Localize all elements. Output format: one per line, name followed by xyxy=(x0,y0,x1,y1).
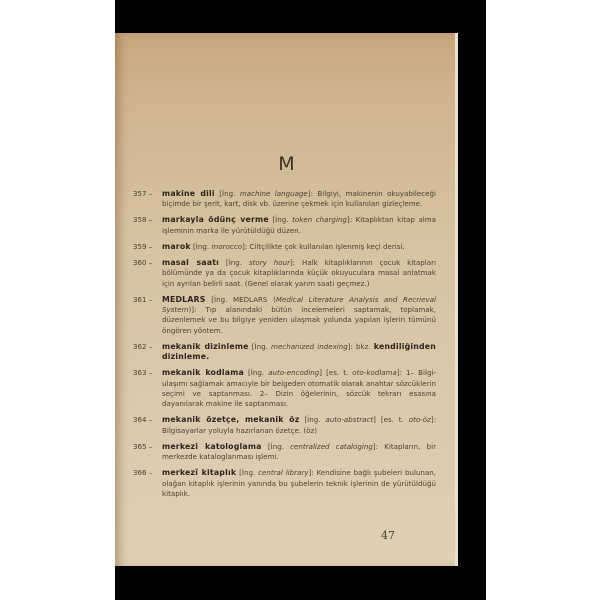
entry-term: marok xyxy=(162,242,191,251)
entry-text: [İng. xyxy=(269,215,292,224)
entry-number: 366 – xyxy=(133,468,152,478)
entry-text: [İng. xyxy=(236,468,258,477)
dictionary-entry: 360 –masal saatı [İng. story hour]: Halk… xyxy=(133,258,436,289)
page-number: 47 xyxy=(381,529,395,542)
entry-text: ] [es. t. xyxy=(319,368,352,377)
book-page: M 357 –makine dili [İng. machine languag… xyxy=(115,33,458,566)
entry-text: )]: Tıp alanındaki bütün incelemeleri sa… xyxy=(162,305,436,335)
entry-text: [İng. xyxy=(244,368,268,377)
dictionary-entries: 357 –makine dili [İng. machine language]… xyxy=(133,189,436,505)
dictionary-entry: 362 –mekanik dizinleme [İng. mechanized … xyxy=(133,342,436,363)
entry-text: [İng. xyxy=(299,415,325,424)
entry-text: [İng. xyxy=(215,189,240,198)
entry-english: story hour xyxy=(249,258,290,267)
entry-english: morocco xyxy=(211,242,242,251)
entry-text: [İng. xyxy=(191,242,212,251)
entry-english: centralized cataloging xyxy=(290,442,373,451)
entry-term: merkezî kitaplık xyxy=(162,468,236,477)
entry-number: 360 – xyxy=(133,258,152,268)
dictionary-entry: 361 –MEDLARS [İng. MEDLARS (Medical Lite… xyxy=(133,295,436,337)
entry-english: token charging xyxy=(292,215,347,224)
entry-number: 364 – xyxy=(133,415,152,425)
entry-suggested-term: oto-kodlama xyxy=(352,368,397,377)
entry-suggested-term: oto-öz xyxy=(409,415,431,424)
entry-english: mechanized indexing xyxy=(271,342,348,351)
entry-number: 362 – xyxy=(133,342,152,352)
entry-english: machine language xyxy=(240,189,308,198)
dictionary-entry: 359 –marok [İng. morocco]: Ciltçilikte ç… xyxy=(133,242,436,252)
dictionary-entry: 365 –merkezi katologlama [İng. centraliz… xyxy=(133,442,436,463)
entry-text: [İng. xyxy=(249,342,271,351)
entry-text: [İng. xyxy=(219,258,249,267)
entry-text: ]: Ciltçilikte çok kullanılan işlenmiş k… xyxy=(242,242,405,251)
entry-term: mekanik kodlama xyxy=(162,368,244,377)
entry-text: [İng. xyxy=(262,442,291,451)
entry-number: 357 – xyxy=(133,189,152,199)
dictionary-entry: 363 –mekanik kodlama [İng. auto-encoding… xyxy=(133,368,436,410)
entry-text: ]: bkz. xyxy=(348,342,374,351)
entry-number: 358 – xyxy=(133,215,152,225)
entry-term: MEDLARS xyxy=(162,295,206,304)
entry-term: merkezi katologlama xyxy=(162,442,262,451)
entry-term: masal saatı xyxy=(162,258,219,267)
section-letter: M xyxy=(115,153,458,175)
dictionary-entry: 357 –makine dili [İng. machine language]… xyxy=(133,189,436,210)
entry-term: mekanik dizinleme xyxy=(162,342,249,351)
entry-number: 359 – xyxy=(133,242,152,252)
entry-number: 365 – xyxy=(133,442,152,452)
entry-text: [İng. MEDLARS ( xyxy=(206,295,276,304)
dictionary-entry: 366 –merkezî kitaplık [İng. central libr… xyxy=(133,468,436,499)
entry-english: central library xyxy=(258,468,308,477)
entry-text: ] [es. t. xyxy=(373,415,409,424)
entry-number: 361 – xyxy=(133,295,152,305)
dictionary-entry: 364 –mekanik özetçe, mekanik öz [İng. au… xyxy=(133,415,436,436)
entry-term: markayla ödünç verme xyxy=(162,215,269,224)
entry-term: mekanik özetçe, mekanik öz xyxy=(162,415,299,424)
dictionary-entry: 358 –markayla ödünç verme [İng. token ch… xyxy=(133,215,436,236)
entry-number: 363 – xyxy=(133,368,152,378)
entry-english: auto-encoding xyxy=(268,368,319,377)
entry-term: makine dili xyxy=(162,189,215,198)
entry-english: auto-abstract xyxy=(325,415,373,424)
